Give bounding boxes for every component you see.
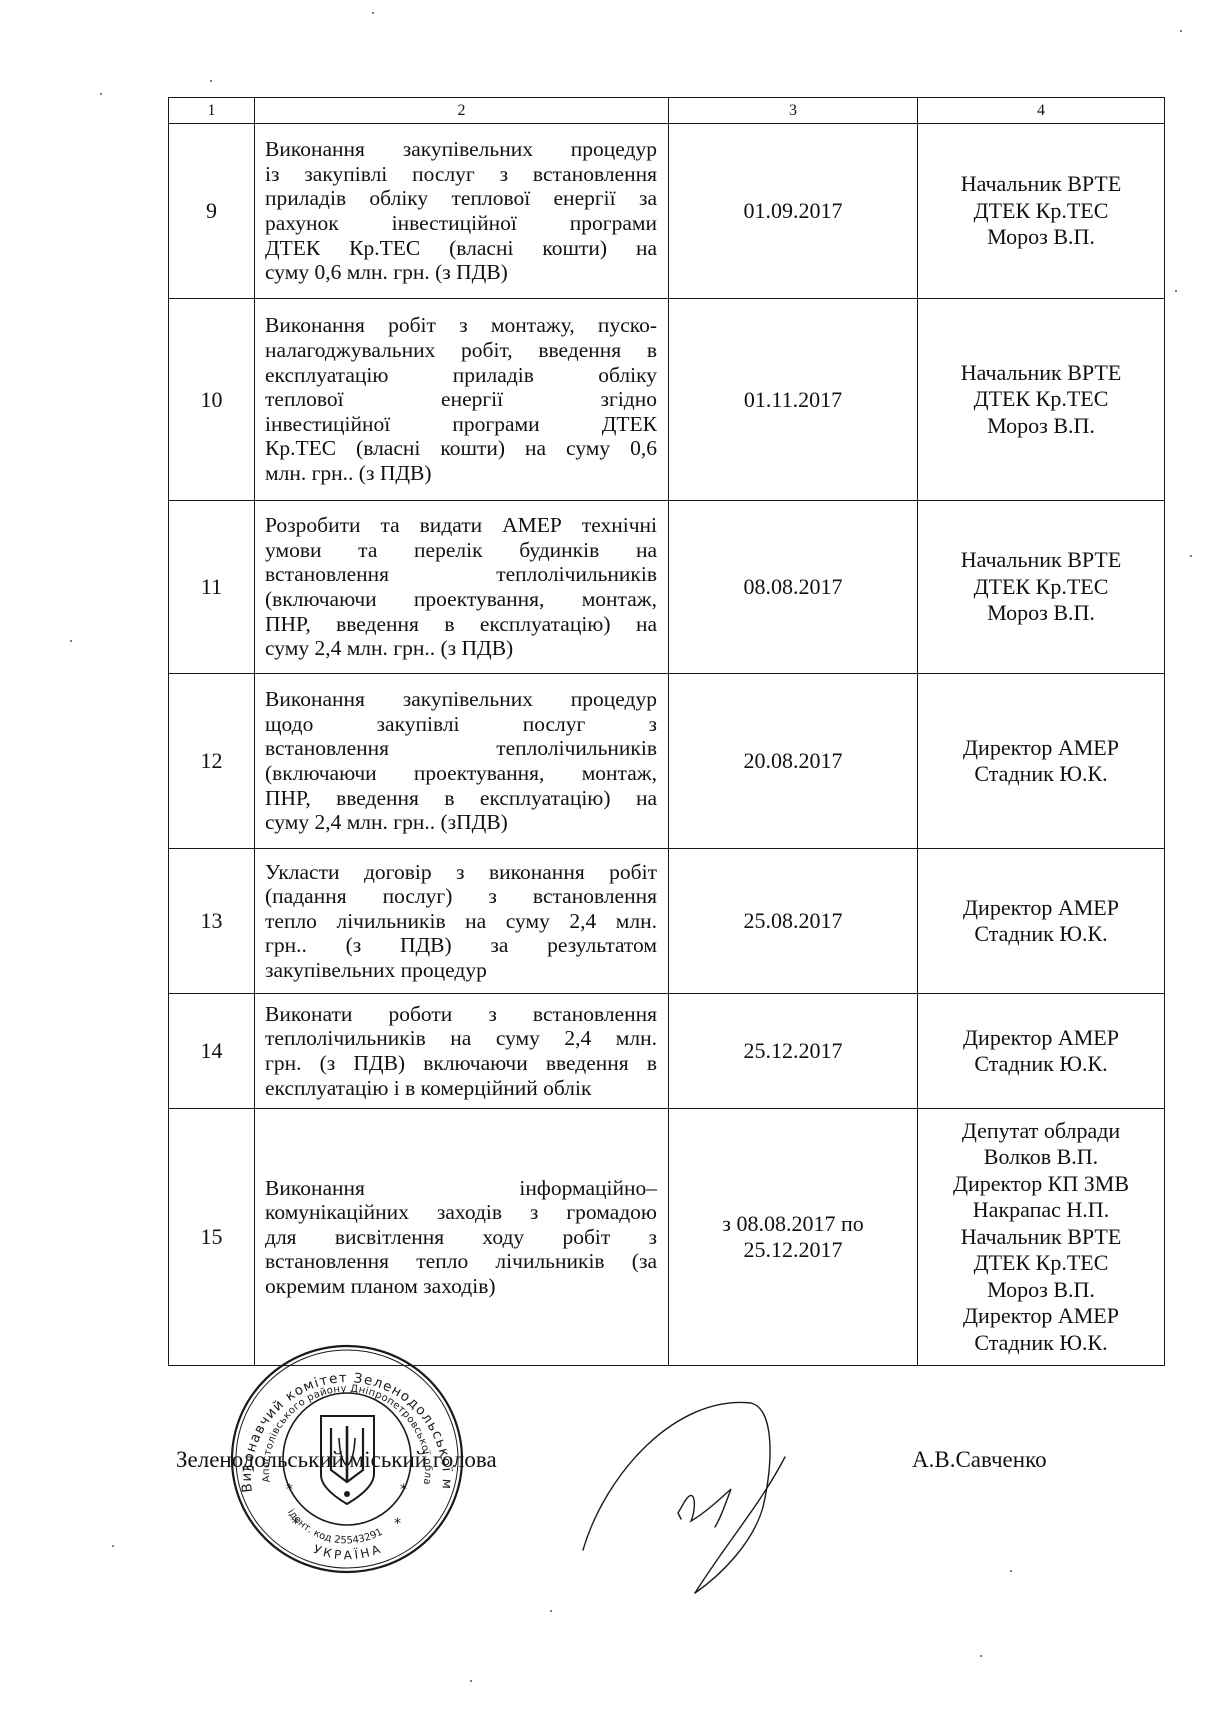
deadline-date: 20.08.2017: [669, 674, 918, 849]
deadline-date: з 08.08.2017 по25.12.2017: [669, 1109, 918, 1366]
task-description: Розробити та видати АМЕР технічніумови т…: [255, 501, 669, 674]
description-line: грн. (з ПДВ) включаючи введення в: [265, 1051, 657, 1076]
description-line: теплолічильників на суму 2,4 млн.: [265, 1026, 657, 1051]
responsible-line: Директор АМЕР: [918, 1303, 1164, 1330]
description-line: Виконати роботи з встановлення: [265, 1002, 657, 1027]
responsible-line: Мороз В.П.: [918, 224, 1164, 251]
task-description: Виконання закупівельних процедурщодо зак…: [255, 674, 669, 849]
description-line: ПНР, введення в експлуатацію) на: [265, 612, 657, 637]
scan-speck: [70, 640, 72, 642]
scan-speck: [1175, 290, 1177, 292]
description-line: грн.. (з ПДВ) за результатом: [265, 933, 657, 958]
description-line: суму 2,4 млн. грн.. (з ПДВ): [265, 636, 657, 661]
description-line: окремим планом заходів): [265, 1274, 657, 1299]
date-line: 01.11.2017: [669, 387, 917, 413]
row-number: 10: [169, 299, 255, 501]
responsible-line: ДТЕК Кр.ТЕС: [918, 386, 1164, 413]
row-number: 13: [169, 849, 255, 994]
scan-speck: [210, 80, 212, 82]
deadline-date: 01.09.2017: [669, 124, 918, 299]
task-description: Укласти договір з виконання робіт(паданн…: [255, 849, 669, 994]
table-row: 14Виконати роботи з встановленнятеплоліч…: [169, 994, 1165, 1109]
table-row: 15Виконання інформаційно–комунікаційних …: [169, 1109, 1165, 1366]
task-description: Виконати роботи з встановленнятеплолічил…: [255, 994, 669, 1109]
scan-speck: [1190, 555, 1192, 557]
row-number: 9: [169, 124, 255, 299]
signer-name: А.В.Савченко: [912, 1447, 1047, 1473]
date-line: 25.12.2017: [669, 1038, 917, 1064]
responsible-person: Директор АМЕРСтадник Ю.К.: [918, 994, 1165, 1109]
scan-speck: [112, 1545, 114, 1547]
scan-speck: [372, 12, 374, 14]
row-number: 12: [169, 674, 255, 849]
description-line: експлуатацію і в комерційний облік: [265, 1076, 657, 1101]
description-line: інвестиційної програми ДТЕК: [265, 412, 657, 437]
table-row: 12Виконання закупівельних процедурщодо з…: [169, 674, 1165, 849]
table-row: 13Укласти договір з виконання робіт(пада…: [169, 849, 1165, 994]
row-number: 15: [169, 1109, 255, 1366]
description-line: млн. грн.. (з ПДВ): [265, 461, 657, 486]
task-description: Виконання робіт з монтажу, пуско-налагод…: [255, 299, 669, 501]
responsible-person: Депутат облрадиВолков В.П.Директор КП ЗМ…: [918, 1109, 1165, 1366]
description-line: із закупівлі послуг з встановлення: [265, 162, 657, 187]
description-line: умови та перелік будинків на: [265, 538, 657, 563]
trident-coat-of-arms-icon: [321, 1416, 374, 1504]
deadline-date: 25.12.2017: [669, 994, 918, 1109]
action-plan-table: 1 2 3 4 9Виконання закупівельних процеду…: [168, 97, 1165, 1366]
description-line: експлуатацію приладів обліку: [265, 363, 657, 388]
date-line: 01.09.2017: [669, 198, 917, 224]
responsible-line: Начальник ВРТЕ: [918, 360, 1164, 387]
responsible-line: ДТЕК Кр.ТЕС: [918, 198, 1164, 225]
task-description: Виконання закупівельних процедуріз закуп…: [255, 124, 669, 299]
svg-text:ідент. код 25543291: ідент. код 25543291: [285, 1507, 385, 1547]
date-line: з 08.08.2017 по: [669, 1211, 917, 1237]
column-number-1: 1: [169, 98, 255, 124]
description-line: суму 0,6 млн. грн. (з ПДВ): [265, 260, 657, 285]
description-line: комунікаційних заходів з громадою: [265, 1200, 657, 1225]
row-number: 14: [169, 994, 255, 1109]
description-line: приладів обліку теплової енергії за: [265, 186, 657, 211]
description-line: рахунок інвестиційної програми: [265, 211, 657, 236]
responsible-person: Начальник ВРТЕДТЕК Кр.ТЕСМороз В.П.: [918, 124, 1165, 299]
scan-speck: [1010, 1570, 1012, 1572]
description-line: закупівельних процедур: [265, 958, 657, 983]
responsible-person: Начальник ВРТЕДТЕК Кр.ТЕСМороз В.П.: [918, 501, 1165, 674]
description-line: суму 2,4 млн. грн.. (зПДВ): [265, 810, 657, 835]
description-line: щодо закупівлі послуг з: [265, 712, 657, 737]
responsible-line: ДТЕК Кр.ТЕС: [918, 574, 1164, 601]
description-line: теплової енергії згідно: [265, 387, 657, 412]
scan-speck: [470, 1680, 472, 1682]
responsible-line: Стадник Ю.К.: [918, 1330, 1164, 1357]
responsible-line: Стадник Ю.К.: [918, 921, 1164, 948]
responsible-line: Директор АМЕР: [918, 735, 1164, 762]
responsible-line: Мороз В.П.: [918, 600, 1164, 627]
official-stamp-icon: Виконавчий комітет Зеленодольської міськ…: [228, 1342, 466, 1576]
description-line: встановлення теплолічильників: [265, 562, 657, 587]
table-row: 9Виконання закупівельних процедуріз заку…: [169, 124, 1165, 299]
date-line: 25.08.2017: [669, 908, 917, 934]
column-number-3: 3: [669, 98, 918, 124]
responsible-line: Директор АМЕР: [918, 895, 1164, 922]
description-line: Розробити та видати АМЕР технічні: [265, 513, 657, 538]
document-page: 1 2 3 4 9Виконання закупівельних процеду…: [0, 0, 1214, 1727]
responsible-line: Волков В.П.: [918, 1144, 1164, 1171]
description-line: встановлення тепло лічильників (за: [265, 1249, 657, 1274]
responsible-line: Накрапас Н.П.: [918, 1197, 1164, 1224]
responsible-person: Директор АМЕРСтадник Ю.К.: [918, 849, 1165, 994]
responsible-line: Стадник Ю.К.: [918, 761, 1164, 788]
description-line: (падання послуг) з встановлення: [265, 884, 657, 909]
description-line: для висвітлення ходу робіт з: [265, 1225, 657, 1250]
svg-text:*: *: [286, 1482, 293, 1498]
description-line: Укласти договір з виконання робіт: [265, 860, 657, 885]
deadline-date: 08.08.2017: [669, 501, 918, 674]
description-line: Кр.ТЕС (власні кошти) на суму 0,6: [265, 436, 657, 461]
description-line: тепло лічильників на суму 2,4 млн.: [265, 909, 657, 934]
scan-speck: [550, 1610, 552, 1612]
column-number-4: 4: [918, 98, 1165, 124]
scan-speck: [1180, 30, 1182, 32]
deadline-date: 25.08.2017: [669, 849, 918, 994]
description-line: налагоджувальних робіт, введення в: [265, 338, 657, 363]
table-row: 10Виконання робіт з монтажу, пуско-налаг…: [169, 299, 1165, 501]
table-row: 11Розробити та видати АМЕР технічніумови…: [169, 501, 1165, 674]
deadline-date: 01.11.2017: [669, 299, 918, 501]
task-description: Виконання інформаційно–комунікаційних за…: [255, 1109, 669, 1366]
table-header-row: 1 2 3 4: [169, 98, 1165, 124]
responsible-line: Директор КП ЗМВ: [918, 1171, 1164, 1198]
responsible-line: Директор АМЕР: [918, 1025, 1164, 1052]
svg-text:*: *: [292, 1516, 299, 1532]
responsible-person: Директор АМЕРСтадник Ю.К.: [918, 674, 1165, 849]
description-line: ДТЕК Кр.ТЕС (власні кошти) на: [265, 236, 657, 261]
responsible-person: Начальник ВРТЕДТЕК Кр.ТЕСМороз В.П.: [918, 299, 1165, 501]
svg-text:*: *: [394, 1516, 401, 1532]
date-line: 25.12.2017: [669, 1237, 917, 1263]
scan-speck: [100, 93, 102, 95]
description-line: (включаючи проектування, монтаж,: [265, 587, 657, 612]
handwritten-signature-icon: [575, 1395, 820, 1595]
scan-speck: [980, 1655, 982, 1657]
description-line: Виконання робіт з монтажу, пуско-: [265, 313, 657, 338]
responsible-line: Стадник Ю.К.: [918, 1051, 1164, 1078]
column-number-2: 2: [255, 98, 669, 124]
date-line: 08.08.2017: [669, 574, 917, 600]
responsible-line: Начальник ВРТЕ: [918, 171, 1164, 198]
responsible-line: Мороз В.П.: [918, 413, 1164, 440]
description-line: Виконання закупівельних процедур: [265, 137, 657, 162]
description-line: ПНР, введення в експлуатацію) на: [265, 786, 657, 811]
description-line: Виконання інформаційно–: [265, 1176, 657, 1201]
responsible-line: Мороз В.П.: [918, 1277, 1164, 1304]
responsible-line: Депутат облради: [918, 1118, 1164, 1145]
responsible-line: Начальник ВРТЕ: [918, 1224, 1164, 1251]
description-line: Виконання закупівельних процедур: [265, 687, 657, 712]
description-line: встановлення теплолічильників: [265, 736, 657, 761]
date-line: 20.08.2017: [669, 748, 917, 774]
responsible-line: ДТЕК Кр.ТЕС: [918, 1250, 1164, 1277]
description-line: (включаючи проектування, монтаж,: [265, 761, 657, 786]
svg-text:*: *: [400, 1482, 407, 1498]
stamp-code-text: ідент. код 25543291: [285, 1507, 385, 1547]
responsible-line: Начальник ВРТЕ: [918, 547, 1164, 574]
row-number: 11: [169, 501, 255, 674]
